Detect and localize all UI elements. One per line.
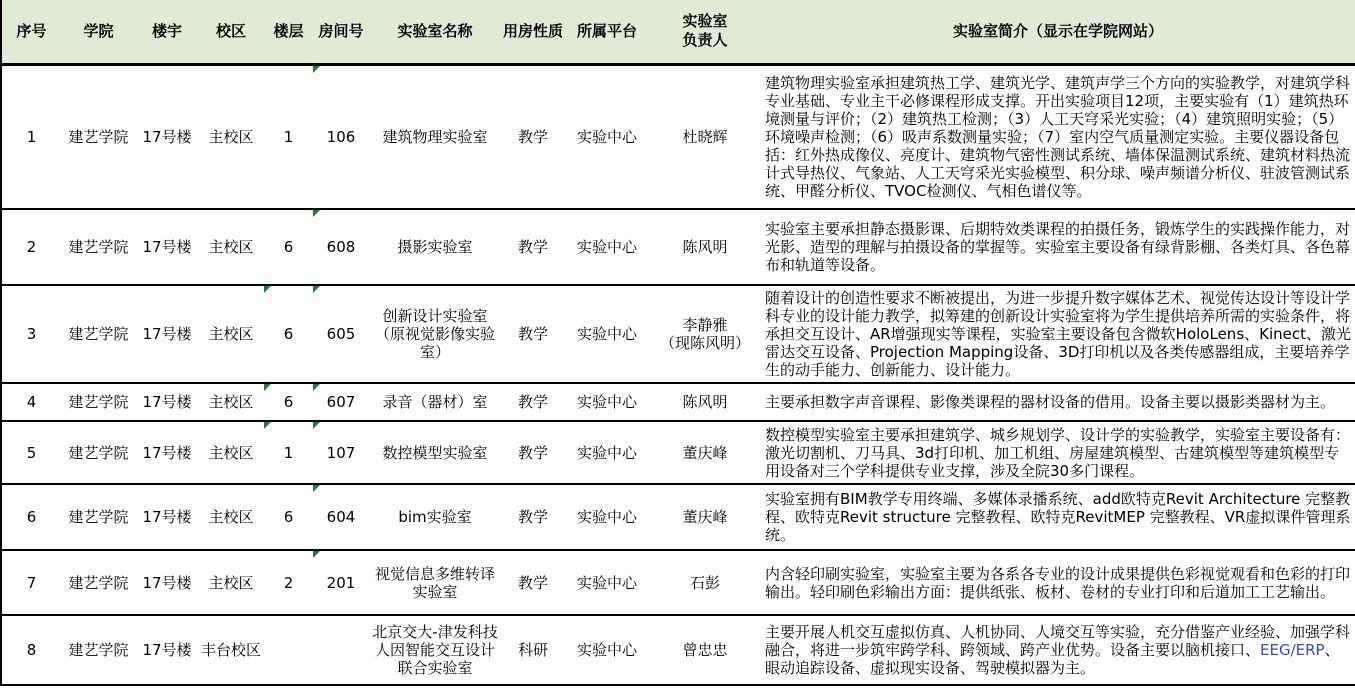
cell-campus-text: 主校区 xyxy=(208,325,253,343)
cell-platform[interactable]: 实验中心 xyxy=(565,64,649,209)
cell-platform[interactable]: 实验中心 xyxy=(565,285,649,383)
header-lab-name[interactable]: 实验室名称 xyxy=(369,0,501,64)
table-row: 5建艺学院17号楼主校区1107数控模型实验室教学实验中心董庆峰数控模型实验室主… xyxy=(1,421,1355,484)
cell-platform[interactable]: 实验中心 xyxy=(565,209,649,285)
cell-platform-text: 实验中心 xyxy=(577,238,637,256)
header-manager[interactable]: 实验室 负责人 xyxy=(649,0,761,64)
cell-seq-text: 2 xyxy=(27,238,37,256)
cell-room-use[interactable]: 教学 xyxy=(501,550,565,615)
cell-room-text: 106 xyxy=(327,128,356,146)
cell-room-use-text: 教学 xyxy=(518,574,548,592)
table-row: 1建艺学院17号楼主校区1106建筑物理实验室教学实验中心杜晓辉建筑物理实验室承… xyxy=(1,64,1355,209)
cell-manager[interactable]: 董庆峰 xyxy=(649,421,761,484)
cell-floor[interactable]: 1 xyxy=(264,421,313,484)
error-indicator-triangle xyxy=(313,422,320,429)
cell-seq-text: 1 xyxy=(27,128,37,146)
table-row: 8建艺学院17号楼丰台校区北京交大-津发科技人因智能交互设计联合实验室科研实验中… xyxy=(1,615,1355,685)
table-row: 2建艺学院17号楼主校区6608摄影实验室教学实验中心陈风明实验室主要承担静态摄… xyxy=(1,209,1355,285)
header-college[interactable]: 学院 xyxy=(61,0,136,64)
cell-lab-name-text: 数控模型实验室 xyxy=(382,444,487,462)
cell-seq[interactable]: 5 xyxy=(1,421,61,484)
cell-manager[interactable]: 曾忠忠 xyxy=(649,615,761,685)
cell-manager-text: 曾忠忠 xyxy=(682,641,727,659)
cell-lab-name[interactable]: 视觉信息多维转译实验室 xyxy=(369,550,501,615)
header-room[interactable]: 房间号 xyxy=(313,0,369,64)
cell-room[interactable] xyxy=(313,615,369,685)
cell-campus[interactable]: 主校区 xyxy=(198,64,264,209)
cell-campus-text: 主校区 xyxy=(208,508,253,526)
cell-room-text: 607 xyxy=(327,393,356,411)
cell-college[interactable]: 建艺学院 xyxy=(61,615,136,685)
cell-building-text: 17号楼 xyxy=(142,641,191,659)
cell-platform-text: 实验中心 xyxy=(577,444,637,462)
cell-college-text: 建艺学院 xyxy=(68,128,128,146)
intro-text: 随着设计的创造性要求不断被提出，为进一步提升数字媒体艺术、视觉传达设计等设计学科… xyxy=(765,289,1351,379)
cell-room-text: 107 xyxy=(327,444,356,462)
intro-text: 主要承担数字声音课程、影像类课程的器材设备的借用。设备主要以摄影类器材为主。 xyxy=(765,393,1335,411)
cell-college[interactable]: 建艺学院 xyxy=(61,421,136,484)
cell-manager-text: 董庆峰 xyxy=(682,508,727,526)
header-building[interactable]: 楼宇 xyxy=(136,0,198,64)
cell-college-text: 建艺学院 xyxy=(68,508,128,526)
cell-building-text: 17号楼 xyxy=(142,393,191,411)
cell-college[interactable]: 建艺学院 xyxy=(61,64,136,209)
header-campus[interactable]: 校区 xyxy=(198,0,264,64)
cell-intro[interactable]: 主要承担数字声音课程、影像类课程的器材设备的借用。设备主要以摄影类器材为主。 xyxy=(761,383,1355,421)
cell-manager-text: 陈风明 xyxy=(682,238,727,256)
cell-campus-text: 主校区 xyxy=(208,238,253,256)
cell-intro[interactable]: 内含轻印刷实验室，实验室主要为各系各专业的设计成果提供色彩视觉观看和色彩的打印输… xyxy=(761,550,1355,615)
intro-text: 数控模型实验室主要承担建筑学、城乡规划学、设计学的实验教学，实验室主要设备有：激… xyxy=(765,426,1350,480)
cell-intro[interactable]: 主要开展人机交互虚拟仿真、人机协同、人境交互等实验，充分借鉴产业经验、加强学科融… xyxy=(761,615,1355,685)
cell-seq[interactable]: 7 xyxy=(1,550,61,615)
cell-campus[interactable]: 主校区 xyxy=(198,421,264,484)
cell-seq[interactable]: 8 xyxy=(1,615,61,685)
cell-floor-text: 1 xyxy=(284,444,294,462)
cell-building[interactable]: 17号楼 xyxy=(136,421,198,484)
cell-room-use-text: 教学 xyxy=(518,128,548,146)
cell-platform[interactable]: 实验中心 xyxy=(565,550,649,615)
cell-seq-text: 7 xyxy=(27,574,37,592)
cell-college-text: 建艺学院 xyxy=(68,393,128,411)
cell-floor[interactable]: 2 xyxy=(264,550,313,615)
cell-floor[interactable]: 6 xyxy=(264,484,313,550)
cell-manager-text: 石彭 xyxy=(690,574,720,592)
cell-campus-text: 主校区 xyxy=(208,393,253,411)
cell-building[interactable]: 17号楼 xyxy=(136,285,198,383)
table-row: 6建艺学院17号楼主校区6604bim实验室教学实验中心董庆峰实验室拥有BIM教… xyxy=(1,484,1355,550)
cell-seq-text: 6 xyxy=(27,508,37,526)
cell-room[interactable]: 106 xyxy=(313,64,369,209)
cell-intro[interactable]: 建筑物理实验室承担建筑热工学、建筑光学、建筑声学三个方向的实验教学，对建筑学科专… xyxy=(761,64,1355,209)
spreadsheet-view: 序号 学院 楼宇 校区 楼层 房间号 实验室名称 用房性质 所属平台 实验室 负… xyxy=(0,0,1355,697)
cell-lab-name[interactable]: 数控模型实验室 xyxy=(369,421,501,484)
cell-floor-text: 1 xyxy=(284,128,294,146)
cell-room-use[interactable]: 科研 xyxy=(501,615,565,685)
cell-seq[interactable]: 4 xyxy=(1,383,61,421)
table-body: 1建艺学院17号楼主校区1106建筑物理实验室教学实验中心杜晓辉建筑物理实验室承… xyxy=(1,64,1355,685)
cell-platform[interactable]: 实验中心 xyxy=(565,615,649,685)
cell-seq[interactable]: 2 xyxy=(1,209,61,285)
cell-campus-text: 主校区 xyxy=(208,128,253,146)
cell-campus[interactable]: 主校区 xyxy=(198,383,264,421)
cell-platform[interactable]: 实验中心 xyxy=(565,421,649,484)
cell-campus[interactable]: 主校区 xyxy=(198,209,264,285)
cell-college[interactable]: 建艺学院 xyxy=(61,209,136,285)
header-intro[interactable]: 实验室简介（显示在学院网站） xyxy=(761,0,1355,64)
cell-room-text: 201 xyxy=(327,574,356,592)
cell-floor-text: 2 xyxy=(284,574,294,592)
table-row: 4建艺学院17号楼主校区6607录音（器材）室教学实验中心陈风明主要承担数字声音… xyxy=(1,383,1355,421)
header-floor[interactable]: 楼层 xyxy=(264,0,313,64)
cell-floor-text: 6 xyxy=(284,393,294,411)
cell-building[interactable]: 17号楼 xyxy=(136,64,198,209)
cell-platform-text: 实验中心 xyxy=(577,393,637,411)
cell-lab-name-text: bim实验室 xyxy=(398,508,471,526)
error-indicator-triangle xyxy=(313,384,320,391)
cell-room-use-text: 教学 xyxy=(518,238,548,256)
cell-lab-name[interactable]: bim实验室 xyxy=(369,484,501,550)
cell-building[interactable]: 17号楼 xyxy=(136,383,198,421)
cell-building-text: 17号楼 xyxy=(142,508,191,526)
cell-platform[interactable]: 实验中心 xyxy=(565,383,649,421)
table-header: 序号 学院 楼宇 校区 楼层 房间号 实验室名称 用房性质 所属平台 实验室 负… xyxy=(1,0,1355,64)
cell-room-use-text: 教学 xyxy=(518,444,548,462)
cell-room[interactable]: 608 xyxy=(313,209,369,285)
cell-seq-text: 3 xyxy=(27,325,37,343)
error-indicator-triangle xyxy=(264,422,271,429)
cell-lab-name[interactable]: 摄影实验室 xyxy=(369,209,501,285)
cell-room[interactable]: 107 xyxy=(313,421,369,484)
cell-campus[interactable]: 丰台校区 xyxy=(198,615,264,685)
cell-lab-name-text: 视觉信息多维转译实验室 xyxy=(375,565,495,601)
header-platform[interactable]: 所属平台 xyxy=(565,0,649,64)
cell-room-text: 604 xyxy=(327,508,356,526)
cell-room-use-text: 教学 xyxy=(518,325,548,343)
error-indicator-triangle xyxy=(313,66,320,73)
cell-college-text: 建艺学院 xyxy=(68,444,128,462)
cell-room-use[interactable]: 教学 xyxy=(501,383,565,421)
cell-campus[interactable]: 主校区 xyxy=(198,550,264,615)
error-indicator-triangle xyxy=(313,551,320,558)
header-room-use[interactable]: 用房性质 xyxy=(501,0,565,64)
cell-intro[interactable]: 数控模型实验室主要承担建筑学、城乡规划学、设计学的实验教学，实验室主要设备有：激… xyxy=(761,421,1355,484)
cell-college-text: 建艺学院 xyxy=(68,325,128,343)
cell-lab-name[interactable]: 录音（器材）室 xyxy=(369,383,501,421)
error-indicator-triangle xyxy=(313,286,320,293)
cell-floor[interactable] xyxy=(264,615,313,685)
cell-college-text: 建艺学院 xyxy=(68,641,128,659)
cell-room-text: 605 xyxy=(327,325,356,343)
cell-floor[interactable]: 6 xyxy=(264,209,313,285)
cell-manager-text: 陈风明 xyxy=(682,393,727,411)
cell-building-text: 17号楼 xyxy=(142,325,191,343)
cell-room-use-text: 教学 xyxy=(518,508,548,526)
cell-room[interactable]: 607 xyxy=(313,383,369,421)
cell-platform-text: 实验中心 xyxy=(577,574,637,592)
cell-manager[interactable]: 董庆峰 xyxy=(649,484,761,550)
cell-platform-text: 实验中心 xyxy=(577,325,637,343)
cell-lab-name-text: 创新设计实验室（原视觉影像实验室） xyxy=(375,307,495,361)
error-indicator-triangle xyxy=(313,485,320,492)
header-seq[interactable]: 序号 xyxy=(1,0,61,64)
cell-room-text: 608 xyxy=(327,238,356,256)
cell-manager-text: 杜晓辉 xyxy=(682,128,727,146)
intro-text: 建筑物理实验室承担建筑热工学、建筑光学、建筑声学三个方向的实验教学，对建筑学科专… xyxy=(765,74,1350,200)
cell-campus-text: 丰台校区 xyxy=(201,641,261,659)
cell-manager[interactable]: 李静雅 （现陈风明） xyxy=(649,285,761,383)
cell-seq[interactable]: 6 xyxy=(1,484,61,550)
cell-college-text: 建艺学院 xyxy=(68,238,128,256)
cell-lab-name[interactable]: 建筑物理实验室 xyxy=(369,64,501,209)
header-row: 序号 学院 楼宇 校区 楼层 房间号 实验室名称 用房性质 所属平台 实验室 负… xyxy=(1,0,1355,64)
cell-seq[interactable]: 3 xyxy=(1,285,61,383)
cell-manager[interactable]: 杜晓辉 xyxy=(649,64,761,209)
table-row: 7建艺学院17号楼主校区2201视觉信息多维转译实验室教学实验中心石彭内含轻印刷… xyxy=(1,550,1355,615)
cell-college-text: 建艺学院 xyxy=(68,574,128,592)
cell-seq-text: 5 xyxy=(27,444,37,462)
cell-room-use[interactable]: 教学 xyxy=(501,209,565,285)
cell-building[interactable]: 17号楼 xyxy=(136,615,198,685)
cell-lab-name-text: 录音（器材）室 xyxy=(382,393,487,411)
cell-floor[interactable]: 6 xyxy=(264,285,313,383)
cell-lab-name[interactable]: 北京交大-津发科技人因智能交互设计联合实验室 xyxy=(369,615,501,685)
cell-building-text: 17号楼 xyxy=(142,128,191,146)
cell-room-use[interactable]: 教学 xyxy=(501,64,565,209)
cell-lab-name-text: 北京交大-津发科技人因智能交互设计联合实验室 xyxy=(372,623,497,677)
error-indicator-triangle xyxy=(313,210,320,217)
cell-college[interactable]: 建艺学院 xyxy=(61,484,136,550)
cell-building-text: 17号楼 xyxy=(142,238,191,256)
cell-campus[interactable]: 主校区 xyxy=(198,484,264,550)
cell-room-use[interactable]: 教学 xyxy=(501,285,565,383)
cell-manager-text: 董庆峰 xyxy=(682,444,727,462)
cell-floor-text: 6 xyxy=(284,238,294,256)
error-indicator-triangle xyxy=(264,286,271,293)
cell-lab-name[interactable]: 创新设计实验室（原视觉影像实验室） xyxy=(369,285,501,383)
cell-lab-name-text: 摄影实验室 xyxy=(397,238,472,256)
lab-table: 序号 学院 楼宇 校区 楼层 房间号 实验室名称 用房性质 所属平台 实验室 负… xyxy=(0,0,1355,686)
cell-building-text: 17号楼 xyxy=(142,444,191,462)
cell-campus-text: 主校区 xyxy=(208,574,253,592)
cell-building[interactable]: 17号楼 xyxy=(136,484,198,550)
cell-floor-text: 6 xyxy=(284,325,294,343)
cell-room[interactable]: 605 xyxy=(313,285,369,383)
cell-room-use[interactable]: 教学 xyxy=(501,484,565,550)
intro-text: 内含轻印刷实验室，实验室主要为各系各专业的设计成果提供色彩视觉观看和色彩的打印输… xyxy=(765,565,1350,601)
cell-college[interactable]: 建艺学院 xyxy=(61,383,136,421)
cell-platform-text: 实验中心 xyxy=(577,128,637,146)
cell-seq-text: 4 xyxy=(27,393,37,411)
cell-floor[interactable]: 6 xyxy=(264,383,313,421)
cell-platform-text: 实验中心 xyxy=(577,641,637,659)
table-row: 3建艺学院17号楼主校区6605创新设计实验室（原视觉影像实验室）教学实验中心李… xyxy=(1,285,1355,383)
cell-campus[interactable]: 主校区 xyxy=(198,285,264,383)
intro-text: 实验室拥有BIM教学专用终端、多媒体录播系统、add欧特克Revit Archi… xyxy=(765,490,1350,544)
intro-link-text: EEG/ERP xyxy=(1260,641,1325,659)
cell-building[interactable]: 17号楼 xyxy=(136,550,198,615)
cell-manager[interactable]: 陈风明 xyxy=(649,383,761,421)
cell-seq-text: 8 xyxy=(27,641,37,659)
cell-lab-name-text: 建筑物理实验室 xyxy=(382,128,487,146)
cell-room-use[interactable]: 教学 xyxy=(501,421,565,484)
cell-floor[interactable]: 1 xyxy=(264,64,313,209)
intro-text: 实验室主要承担静态摄影课、后期特效类课程的拍摄任务，锻炼学生的实践操作能力，对光… xyxy=(765,220,1350,274)
cell-building-text: 17号楼 xyxy=(142,574,191,592)
cell-room-use-text: 科研 xyxy=(518,641,548,659)
cell-floor-text: 6 xyxy=(284,508,294,526)
error-indicator-triangle xyxy=(264,384,271,391)
cell-room[interactable]: 604 xyxy=(313,484,369,550)
cell-platform[interactable]: 实验中心 xyxy=(565,484,649,550)
cell-intro[interactable]: 随着设计的创造性要求不断被提出，为进一步提升数字媒体艺术、视觉传达设计等设计学科… xyxy=(761,285,1355,383)
cell-campus-text: 主校区 xyxy=(208,444,253,462)
cell-platform-text: 实验中心 xyxy=(577,508,637,526)
cell-manager-text: 李静雅 （现陈风明） xyxy=(660,316,750,352)
cell-manager[interactable]: 陈风明 xyxy=(649,209,761,285)
cell-college[interactable]: 建艺学院 xyxy=(61,285,136,383)
cell-room[interactable]: 201 xyxy=(313,550,369,615)
cell-manager[interactable]: 石彭 xyxy=(649,550,761,615)
cell-seq[interactable]: 1 xyxy=(1,64,61,209)
cell-college[interactable]: 建艺学院 xyxy=(61,550,136,615)
cell-intro[interactable]: 实验室主要承担静态摄影课、后期特效类课程的拍摄任务，锻炼学生的实践操作能力，对光… xyxy=(761,209,1355,285)
cell-building[interactable]: 17号楼 xyxy=(136,209,198,285)
cell-room-use-text: 教学 xyxy=(518,393,548,411)
cell-intro[interactable]: 实验室拥有BIM教学专用终端、多媒体录播系统、add欧特克Revit Archi… xyxy=(761,484,1355,550)
